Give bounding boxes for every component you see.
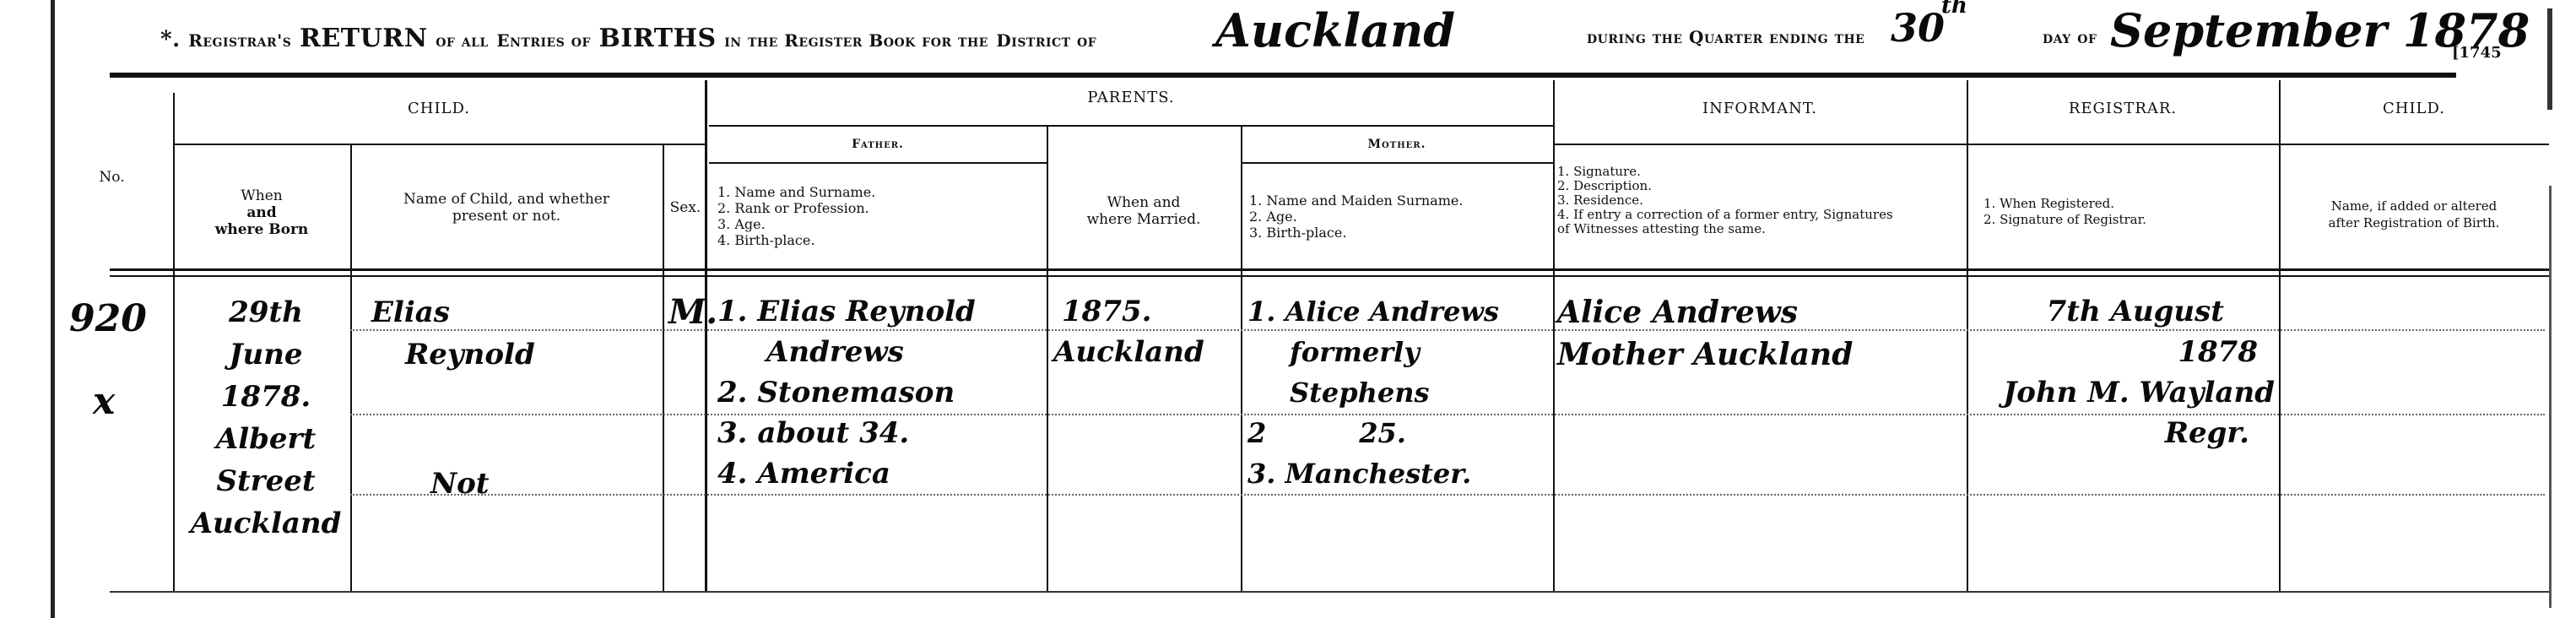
father-field-1: 1. Name and Surname.	[717, 184, 1038, 200]
name-of-child-line-1: Name of Child, and whether	[350, 191, 663, 208]
quarter-day-suffix: th	[1941, 0, 1967, 19]
col-line-sex	[705, 80, 707, 591]
mother-maiden-name: formerly Stephens	[1247, 332, 1551, 413]
when-born-line-1: When	[173, 187, 350, 204]
entry-bottom-rule	[110, 591, 2549, 593]
name-altered-line-2: after Registration of Birth.	[2279, 214, 2549, 231]
title-during-quarter: during the Quarter ending the	[1587, 27, 1864, 47]
entry-registrar: 7th August 1878 John M. Wayland Regr.	[1971, 291, 2275, 453]
registrar-signature: John M. Wayland	[1971, 372, 2275, 413]
born-year: 1878.	[181, 376, 350, 418]
col-group-parents: PARENTS.	[709, 89, 1553, 106]
registrar-field-list: 1. When Registered. 2. Signature of Regi…	[1983, 196, 2270, 228]
col-header-no: No.	[51, 169, 173, 186]
father-field-3: 3. Age.	[717, 216, 1038, 232]
title-of-all: of all	[436, 30, 489, 51]
entry-when-married: 1875. Auckland	[1053, 291, 1239, 372]
right-group-rule	[1553, 144, 2549, 145]
form-title: *. Registrar's RETURN of all Entries of …	[160, 24, 1096, 53]
father-name: 1. Elias Reynold	[717, 291, 1042, 332]
entry-sex: M.	[668, 291, 717, 333]
col-header-name-of-child: Name of Child, and whether present or no…	[350, 191, 663, 225]
col-line-registrar	[2279, 80, 2281, 591]
mother-age-label: 2	[1247, 417, 1266, 449]
folio-number: [1745	[2452, 44, 2502, 62]
when-born-line-3: where Born	[173, 221, 350, 238]
title-births: BIRTHS	[599, 24, 717, 53]
registrar-title: Regr.	[1971, 413, 2275, 453]
informant-field-4: 4. If entry a correction of a former ent…	[1557, 208, 1967, 222]
born-place-2: Street	[181, 460, 350, 502]
col-line-mother	[1553, 80, 1555, 591]
registrar-field-1: 1. When Registered.	[1983, 196, 2270, 212]
entry-child-present: Not	[430, 463, 489, 505]
registered-year: 1878	[1971, 332, 2275, 372]
mother-sub-rule	[1241, 162, 1553, 164]
entry-mark: x	[93, 380, 115, 423]
col-group-child-right: CHILD.	[2279, 100, 2549, 117]
title-day-of-text: day of	[2043, 27, 2097, 47]
page-left-edge	[51, 0, 55, 618]
mother-age: 25.	[1266, 417, 1406, 449]
title-return: RETURN	[300, 24, 428, 53]
when-married-line-1: When and	[1047, 194, 1241, 211]
mother-name: 1. Alice Andrews	[1247, 291, 1551, 332]
mother-field-list: 1. Name and Maiden Surname. 2. Age. 3. B…	[1249, 192, 1545, 241]
row-guide-3	[350, 494, 2545, 496]
district-value: Auckland	[1215, 3, 1455, 57]
registrar-field-2: 2. Signature of Registrar.	[1983, 212, 2270, 228]
mother-field-1: 1. Name and Maiden Surname.	[1249, 192, 1545, 209]
parents-group-rule	[709, 125, 1553, 127]
col-group-informant: INFORMANT.	[1553, 100, 1967, 117]
col-group-registrar: REGISTRAR.	[1967, 100, 2279, 117]
name-of-child-line-2: present or not.	[350, 208, 663, 225]
married-year: 1875.	[1053, 291, 1239, 332]
father-birthplace: 4. America	[717, 453, 1042, 494]
page-right-edge-lower	[2549, 186, 2552, 608]
entry-mother: 1. Alice Andrews formerly Stephens 225. …	[1247, 291, 1551, 494]
quarter-day: 30	[1891, 5, 1945, 51]
father-sub-rule	[709, 162, 1047, 164]
registered-date: 7th August	[1971, 291, 2275, 332]
born-place-1: Albert	[181, 418, 350, 460]
informant-description-residence: Mother Auckland	[1557, 333, 1962, 376]
title-during: during the Quarter ending the	[1587, 24, 1864, 49]
title-entries-of: Entries of	[496, 30, 591, 51]
father-age: 3. about 34.	[717, 413, 1042, 453]
mother-field-3: 3. Birth-place.	[1249, 225, 1545, 241]
informant-field-1: 1. Signature.	[1557, 165, 1967, 179]
title-day-of: day of	[2043, 24, 2097, 49]
informant-field-list: 1. Signature. 2. Description. 3. Residen…	[1557, 165, 1967, 236]
header-bottom-rule-2	[110, 275, 2549, 277]
mother-birthplace: 3. Manchester.	[1247, 453, 1551, 494]
col-header-sex: Sex.	[664, 199, 706, 216]
col-line-informant	[1967, 80, 1968, 591]
when-born-line-2: and	[173, 204, 350, 221]
col-header-name-altered: Name, if added or altered after Registra…	[2279, 198, 2549, 231]
title-district-of: District of	[996, 30, 1096, 51]
title-registrars: Registrar's	[188, 30, 291, 51]
father-surname: Andrews	[717, 332, 1042, 372]
father-field-2: 2. Rank or Profession.	[717, 200, 1038, 216]
informant-signature: Alice Andrews	[1557, 291, 1962, 333]
informant-field-5: of Witnesses attesting the same.	[1557, 222, 1967, 236]
title-register-book: in the Register Book for the	[724, 30, 988, 51]
born-day: 29th	[181, 291, 350, 333]
col-group-child: CHILD.	[173, 100, 705, 117]
born-place-3: Auckland	[181, 502, 350, 545]
entry-number: 920	[69, 297, 147, 340]
mother-field-2: 2. Age.	[1249, 209, 1545, 225]
child-middle-name: Reynold	[371, 333, 658, 376]
informant-field-2: 2. Description.	[1557, 179, 1967, 193]
col-line-married	[1241, 127, 1242, 591]
title-prefix: *.	[160, 27, 181, 52]
col-subheader-father: Father.	[709, 138, 1047, 151]
title-rule	[110, 73, 2456, 78]
col-header-when-married: When and where Married.	[1047, 194, 1241, 228]
when-married-line-2: where Married.	[1047, 211, 1241, 228]
name-altered-line-1: Name, if added or altered	[2279, 198, 2549, 214]
born-month: June	[181, 333, 350, 376]
col-line-no	[173, 93, 175, 591]
header-bottom-rule	[110, 268, 2549, 271]
informant-field-3: 3. Residence.	[1557, 193, 1967, 208]
entry-child-name: Elias Reynold	[371, 291, 658, 376]
father-field-list: 1. Name and Surname. 2. Rank or Professi…	[717, 184, 1038, 248]
entry-when-born: 29th June 1878. Albert Street Auckland	[181, 291, 350, 545]
entry-informant: Alice Andrews Mother Auckland	[1557, 291, 1962, 376]
child-first-name: Elias	[371, 291, 658, 333]
entry-father: 1. Elias Reynold Andrews 2. Stonemason 3…	[717, 291, 1042, 494]
married-place: Auckland	[1053, 332, 1239, 372]
col-header-when-born: When and where Born	[173, 187, 350, 238]
father-profession: 2. Stonemason	[717, 372, 1042, 413]
page-right-edge	[2547, 8, 2552, 110]
col-subheader-mother: Mother.	[1241, 138, 1553, 151]
child-group-rule	[173, 144, 705, 145]
father-field-4: 4. Birth-place.	[717, 232, 1038, 248]
